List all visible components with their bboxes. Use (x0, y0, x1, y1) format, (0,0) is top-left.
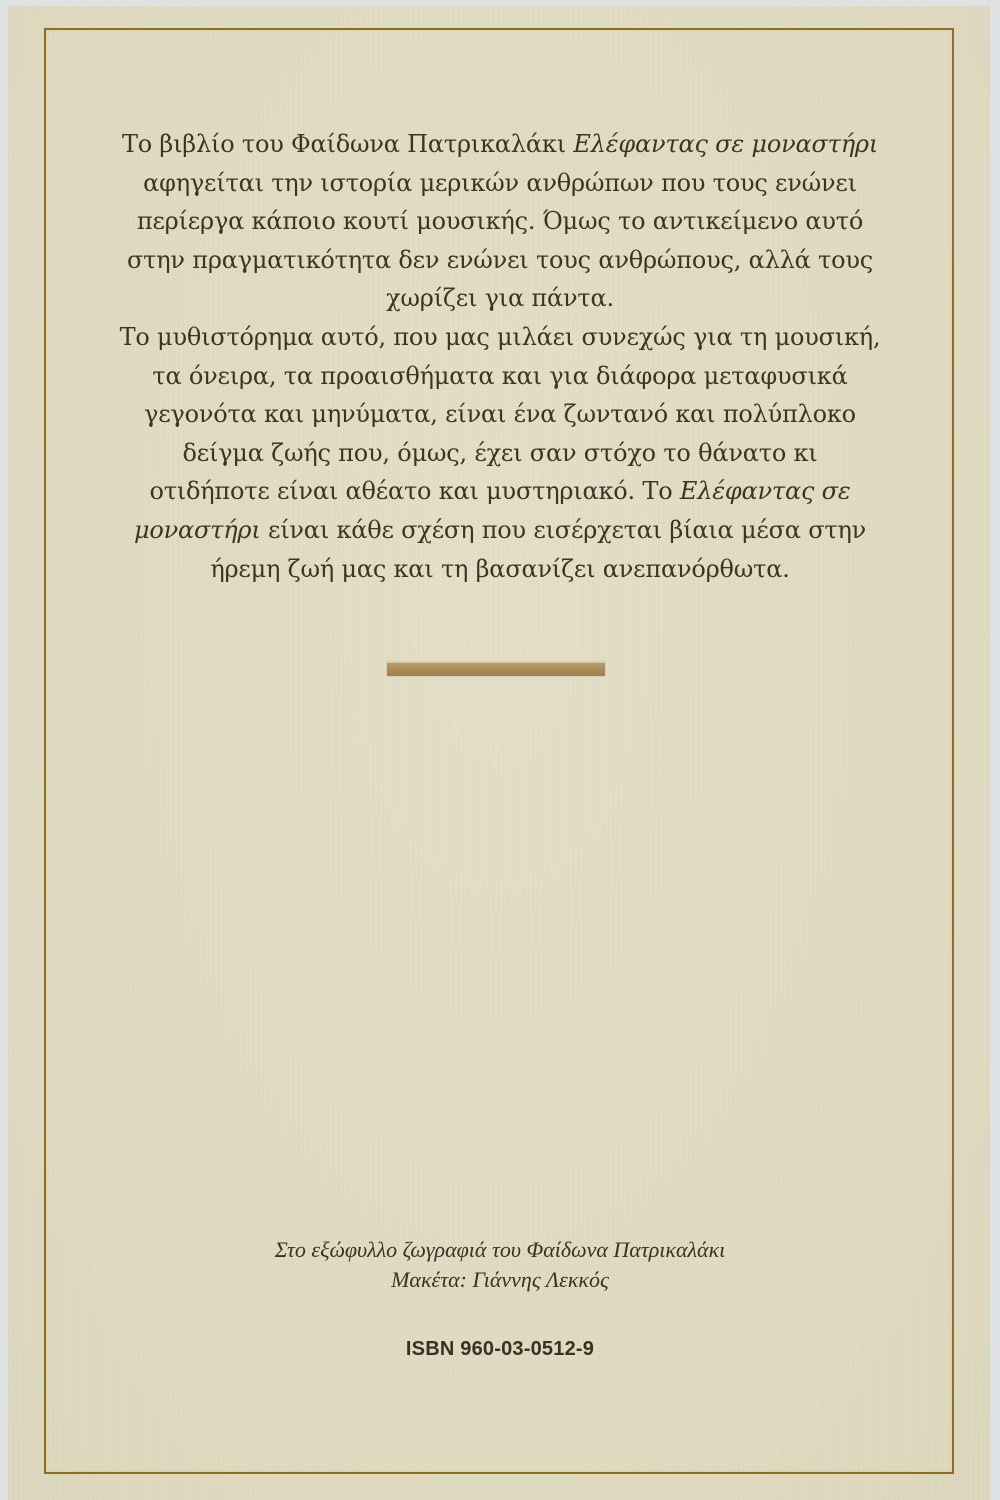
isbn-number: ISBN 960-03-0512-9 (0, 1338, 1000, 1361)
cover-art-credit: Στο εξώφυλλο ζωγραφιά του Φαίδωνα Πατρικ… (0, 1235, 1000, 1265)
blurb-line: χωρίζει για πάντα. (0, 279, 1000, 318)
blurb-line: περίεργα κάποιο κουτί μουσικής. Όμως το … (0, 202, 1000, 241)
blurb-line: δείγμα ζωής που, όμως, έχει σαν στόχο το… (0, 434, 1000, 473)
layout-credit: Μακέτα: Γιάννης Λεκκός (0, 1265, 1000, 1295)
blurb-line: μοναστήρι είναι κάθε σχέση που εισέρχετα… (0, 511, 1000, 550)
book-title-italic: μοναστήρι (134, 516, 261, 544)
blurb-line: Το βιβλίο του Φαίδωνα Πατρικαλάκι Ελέφαν… (0, 125, 1000, 164)
book-title-italic: Ελέφαντας σε (680, 477, 851, 505)
blurb-line: ήρεμη ζωή μας και τη βασανίζει ανεπανόρθ… (0, 550, 1000, 589)
blurb-line: στην πραγματικότητα δεν ενώνει τους ανθρ… (0, 241, 1000, 280)
blurb-line: αφηγείται την ιστορία μερικών ανθρώπων π… (0, 164, 1000, 203)
decorative-divider-bar (387, 662, 605, 676)
blurb-text: Το βιβλίο του Φαίδωνα Πατρικαλάκι Ελέφαν… (0, 125, 1000, 588)
book-title-italic: Ελέφαντας σε μοναστήρι (573, 130, 878, 158)
blurb-line: γεγονότα και μηνύματα, είναι ένα ζωντανό… (0, 395, 1000, 434)
blurb-line: οτιδήποτε είναι αθέατο και μυστηριακό. Τ… (0, 472, 1000, 511)
blurb-line: τα όνειρα, τα προαισθήματα και για διάφο… (0, 357, 1000, 396)
blurb-line: Το μυθιστόρημα αυτό, που μας μιλάει συνε… (0, 318, 1000, 357)
credits: Στο εξώφυλλο ζωγραφιά του Φαίδωνα Πατρικ… (0, 1235, 1000, 1295)
